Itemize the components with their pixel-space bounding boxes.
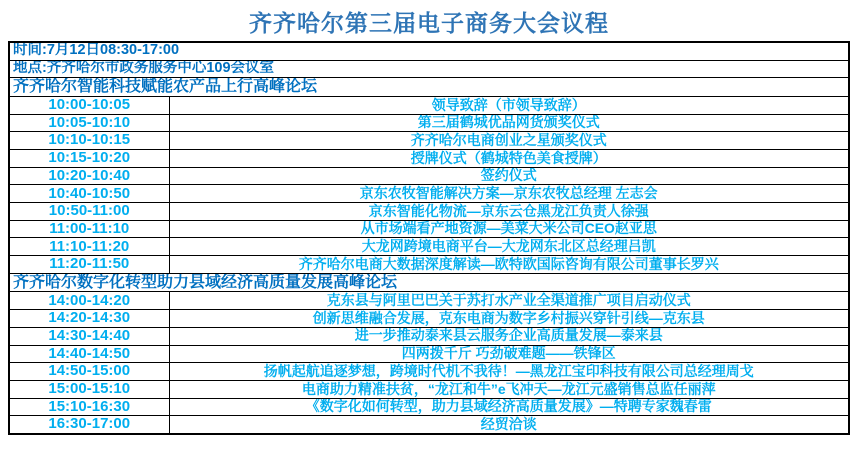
event-cell: 《数字化如何转型，助力县域经济高质量发展》—特聘专家魏春雷 bbox=[169, 398, 849, 416]
time-cell: 10:05-10:10 bbox=[9, 114, 169, 132]
section-header-row: 齐齐哈尔智能科技赋能农产品上行高峰论坛 bbox=[9, 78, 849, 97]
time-cell: 11:10-11:20 bbox=[9, 238, 169, 256]
event-cell: 京东农牧智能解决方案—京东农牧总经理 左志会 bbox=[169, 185, 849, 203]
agenda-row: 15:10-16:30 《数字化如何转型，助力县域经济高质量发展》—特聘专家魏春… bbox=[9, 398, 849, 416]
event-cell: 第三届鹤城优品网货颁奖仪式 bbox=[169, 114, 849, 132]
time-cell: 14:30-14:40 bbox=[9, 327, 169, 345]
event-cell: 领导致辞（市领导致辞） bbox=[169, 96, 849, 114]
event-cell: 从市场端看产地资源—美菜大米公司CEO赵亚思 bbox=[169, 220, 849, 238]
agenda-row: 10:20-10:40 签约仪式 bbox=[9, 167, 849, 185]
event-cell: 京东智能化物流—京东云仓黑龙江负责人徐强 bbox=[169, 203, 849, 221]
event-cell: 进一步推动泰来县云服务企业高质量发展—泰来县 bbox=[169, 327, 849, 345]
section-header-row: 齐齐哈尔数字化转型助力县域经济高质量发展高峰论坛 bbox=[9, 273, 849, 292]
agenda-row: 10:40-10:50 京东农牧智能解决方案—京东农牧总经理 左志会 bbox=[9, 185, 849, 203]
event-cell: 四两拨千斤 巧劲破难题——铁锋区 bbox=[169, 345, 849, 363]
section-header-text: 齐齐哈尔智能科技赋能农产品上行高峰论坛 bbox=[9, 78, 849, 97]
agenda-row: 14:00-14:20 克东县与阿里巴巴关于苏打水产业全渠道推广项目启动仪式 bbox=[9, 292, 849, 310]
meeting-time-text: 时间:7月12日08:30-17:00 bbox=[9, 42, 849, 60]
time-cell: 11:20-11:50 bbox=[9, 256, 169, 274]
event-cell: 大龙网跨境电商平台—大龙网东北区总经理吕凯 bbox=[169, 238, 849, 256]
time-cell: 10:40-10:50 bbox=[9, 185, 169, 203]
agenda-row: 11:10-11:20 大龙网跨境电商平台—大龙网东北区总经理吕凯 bbox=[9, 238, 849, 256]
time-cell: 10:50-11:00 bbox=[9, 203, 169, 221]
event-cell: 克东县与阿里巴巴关于苏打水产业全渠道推广项目启动仪式 bbox=[169, 292, 849, 310]
time-cell: 14:00-14:20 bbox=[9, 292, 169, 310]
time-cell: 14:50-15:00 bbox=[9, 363, 169, 381]
event-cell: 齐齐哈尔电商大数据深度解读—欧特欧国际咨询有限公司董事长罗兴 bbox=[169, 256, 849, 274]
time-cell: 11:00-11:10 bbox=[9, 220, 169, 238]
time-cell: 10:15-10:20 bbox=[9, 150, 169, 168]
page-title: 齐齐哈尔第三届电子商务大会议程 bbox=[0, 0, 858, 41]
time-cell: 16:30-17:00 bbox=[9, 416, 169, 434]
agenda-row: 14:20-14:30 创新思维融合发展，克东电商为数字乡村振兴穿针引线—克东县 bbox=[9, 310, 849, 328]
time-cell: 14:20-14:30 bbox=[9, 310, 169, 328]
agenda-row: 10:00-10:05 领导致辞（市领导致辞） bbox=[9, 96, 849, 114]
time-cell: 10:10-10:15 bbox=[9, 132, 169, 150]
meeting-location-text: 地点:齐齐哈尔市政务服务中心109会议室 bbox=[9, 60, 849, 78]
time-cell: 10:20-10:40 bbox=[9, 167, 169, 185]
event-cell: 扬帆起航追逐梦想，跨境时代机不我待！—黑龙江宝印科技有限公司总经理周戈 bbox=[169, 363, 849, 381]
info-row-location: 地点:齐齐哈尔市政务服务中心109会议室 bbox=[9, 60, 849, 78]
agenda-table: 时间:7月12日08:30-17:00 地点:齐齐哈尔市政务服务中心109会议室… bbox=[8, 41, 850, 435]
event-cell: 授牌仪式（鹤城特色美食授牌） bbox=[169, 150, 849, 168]
time-cell: 10:00-10:05 bbox=[9, 96, 169, 114]
time-cell: 15:10-16:30 bbox=[9, 398, 169, 416]
event-cell: 齐齐哈尔电商创业之星颁奖仪式 bbox=[169, 132, 849, 150]
section-header-text: 齐齐哈尔数字化转型助力县域经济高质量发展高峰论坛 bbox=[9, 273, 849, 292]
agenda-row: 14:50-15:00 扬帆起航追逐梦想，跨境时代机不我待！—黑龙江宝印科技有限… bbox=[9, 363, 849, 381]
agenda-row: 10:10-10:15 齐齐哈尔电商创业之星颁奖仪式 bbox=[9, 132, 849, 150]
time-cell: 15:00-15:10 bbox=[9, 380, 169, 398]
event-cell: 创新思维融合发展，克东电商为数字乡村振兴穿针引线—克东县 bbox=[169, 310, 849, 328]
event-cell: 经贸洽谈 bbox=[169, 416, 849, 434]
info-row-time: 时间:7月12日08:30-17:00 bbox=[9, 42, 849, 60]
agenda-row: 10:15-10:20 授牌仪式（鹤城特色美食授牌） bbox=[9, 150, 849, 168]
agenda-row: 11:20-11:50 齐齐哈尔电商大数据深度解读—欧特欧国际咨询有限公司董事长… bbox=[9, 256, 849, 274]
time-cell: 14:40-14:50 bbox=[9, 345, 169, 363]
agenda-row: 10:05-10:10 第三届鹤城优品网货颁奖仪式 bbox=[9, 114, 849, 132]
agenda-row: 16:30-17:00 经贸洽谈 bbox=[9, 416, 849, 434]
agenda-row: 14:30-14:40 进一步推动泰来县云服务企业高质量发展—泰来县 bbox=[9, 327, 849, 345]
agenda-row: 11:00-11:10 从市场端看产地资源—美菜大米公司CEO赵亚思 bbox=[9, 220, 849, 238]
event-cell: 签约仪式 bbox=[169, 167, 849, 185]
event-cell: 电商助力精准扶贫，“龙江和牛”e飞冲天—龙江元盛销售总监任丽萍 bbox=[169, 380, 849, 398]
agenda-row: 14:40-14:50 四两拨千斤 巧劲破难题——铁锋区 bbox=[9, 345, 849, 363]
agenda-row: 15:00-15:10 电商助力精准扶贫，“龙江和牛”e飞冲天—龙江元盛销售总监… bbox=[9, 380, 849, 398]
agenda-row: 10:50-11:00 京东智能化物流—京东云仓黑龙江负责人徐强 bbox=[9, 203, 849, 221]
